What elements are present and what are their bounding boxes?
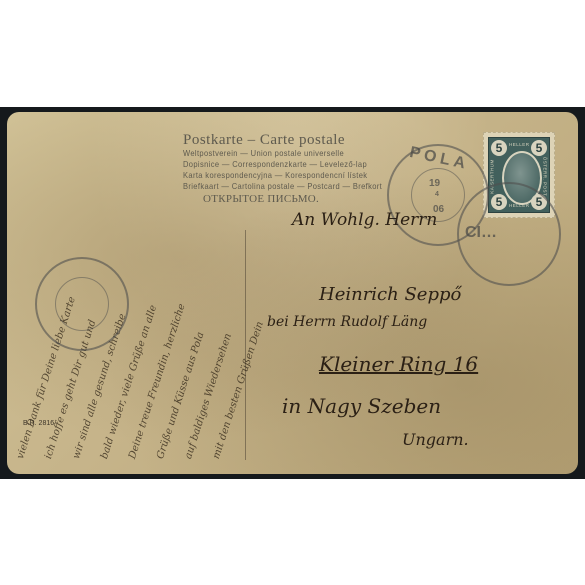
- postmark-right: CI…: [457, 182, 561, 286]
- address-city: in Nagy Szeben: [282, 394, 441, 418]
- header-title: Postkarte – Carte postale: [183, 132, 399, 148]
- address-salutation: An Wohlg. Herrn: [292, 210, 437, 230]
- stamp-denomination: HELLER: [509, 142, 530, 147]
- divider-line: [245, 230, 246, 460]
- postcard-header: Postkarte – Carte postale Weltpostverein…: [183, 132, 399, 206]
- header-russian: ОТКРЫТОЕ ПИСЬМО.: [203, 192, 399, 206]
- postmark-town: CI…: [465, 224, 497, 242]
- postmark-inner-ring: [55, 277, 109, 331]
- address-care-of: bei Herrn Rudolf Läng: [267, 314, 427, 330]
- address-name: Heinrich Seppő: [319, 284, 461, 305]
- address-country: Ungarn.: [402, 430, 469, 449]
- stamp-value: 5: [491, 140, 507, 156]
- postcard: Postkarte – Carte postale Weltpostverein…: [7, 112, 578, 474]
- header-line: Weltpostverein — Union postale universel…: [183, 148, 382, 159]
- stamp-right-text: ÖSTERR. POST: [543, 157, 548, 197]
- postmark-month: 4: [435, 191, 439, 198]
- address-street: Kleiner Ring 16: [319, 352, 478, 376]
- postmark-day: 19: [429, 178, 440, 189]
- header-line: Karta korespondencyjna — Korespondencní …: [183, 170, 382, 181]
- stamp-value: 5: [531, 140, 547, 156]
- message-line: mit den besten Grüßen Dein: [211, 320, 266, 460]
- header-line: Briefkaart — Cartolina postale — Postcar…: [183, 181, 382, 192]
- header-line: Dopisnice — Correspondenzkarte — Levelez…: [183, 159, 382, 170]
- printer-mark: B.R. 2816: [23, 420, 54, 427]
- postmark-left: [35, 257, 129, 351]
